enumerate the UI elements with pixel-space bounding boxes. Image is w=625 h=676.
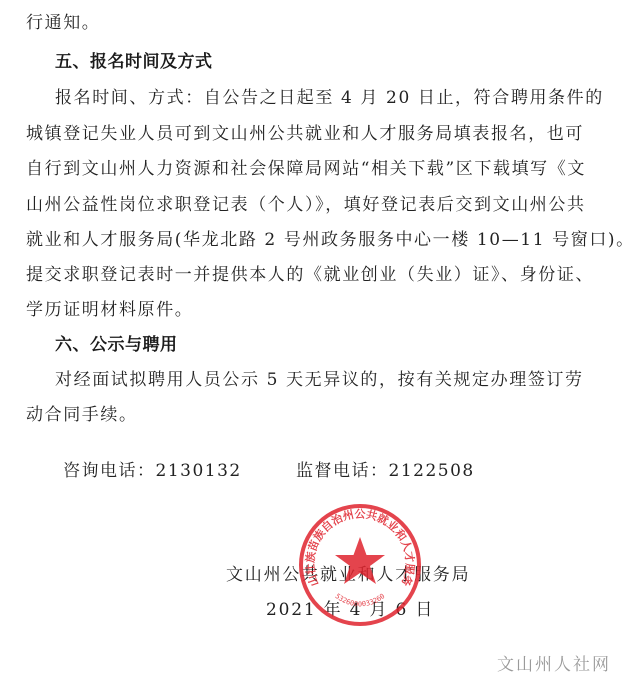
text-line: 山州公益性岗位求职登记表（个人）》，填好登记表后交到文山州公共 (26, 195, 586, 215)
text-line: 提交求职登记表时一并提供本人的《就业创业（失业）证》、身份证、 (26, 265, 594, 285)
section-heading-5: 五、报名时间及方式 (55, 52, 213, 72)
inquiry-phone: 咨询电话：2130132 (63, 461, 242, 481)
watermark: 文山州人社网 (497, 650, 611, 675)
text-line: 报名时间、方式：自公告之日起至 4 月 20 日止，符合聘用条件的 (55, 88, 604, 108)
text-line: 行通知。 (26, 13, 100, 33)
svg-text:5326000033260: 5326000033260 (334, 592, 387, 608)
text-line: 自行到文山州人力资源和社会保障局网站“相关下载”区下载填写《文 (26, 159, 586, 179)
text-line: 城镇登记失业人员可到文山州公共就业和人才服务局填表报名，也可 (26, 124, 584, 144)
text-line: 对经面试拟聘用人员公示 5 天无异议的，按有关规定办理签订劳 (55, 370, 584, 390)
text-line: 就业和人才服务局(华龙北路 2 号州政务服务中心一楼 10—11 号窗口)。 (26, 230, 625, 250)
supervision-phone: 监督电话：2122508 (296, 461, 475, 481)
section-heading-6: 六、公示与聘用 (55, 335, 178, 355)
official-seal-icon: 文山壮族苗族自治州公共就业和人才服务局 5326000033260 (297, 502, 423, 628)
text-line: 学历证明材料原件。 (26, 300, 193, 320)
text-line: 动合同手续。 (26, 405, 138, 425)
